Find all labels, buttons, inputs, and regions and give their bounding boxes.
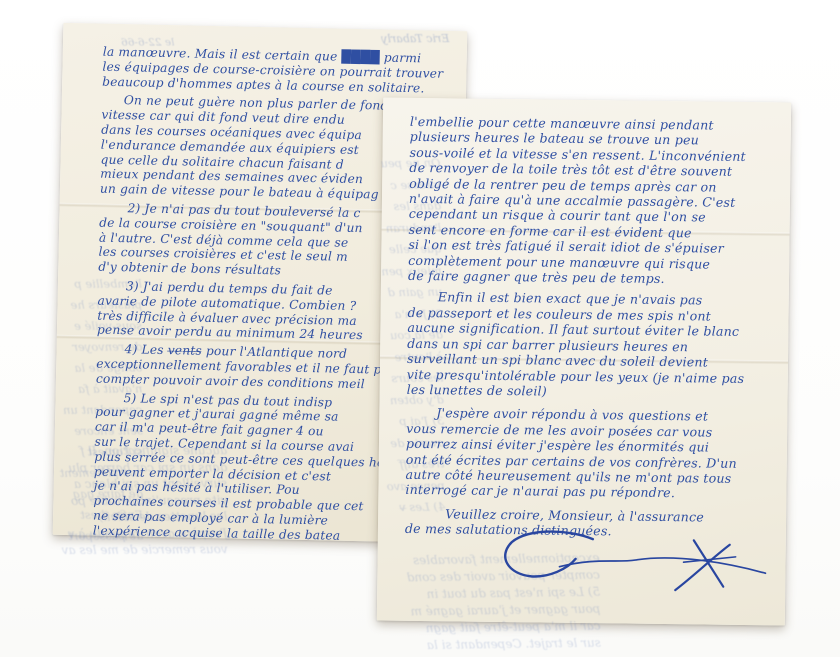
letter-page-2: On ne peuvitesse cdans les l'enduranque … — [377, 98, 791, 626]
bleedthrough-line: vous remercie de me les av — [62, 541, 228, 558]
handwritten-text-right: l'embellie pour cette manœuvre ainsi pen… — [405, 114, 747, 541]
bleedthrough-name: Eric Tabarly — [381, 32, 449, 45]
photo-background: Eric Tabarly le 22-6-66 l'embellie pplus… — [0, 0, 840, 657]
bleedthrough-line: sur le trajet. Cependant si la — [408, 635, 601, 655]
bleedthrough-line: car il m'a peut-être fait gagn — [407, 618, 600, 638]
signature-flourish — [497, 525, 778, 600]
bleedthrough-line: pour gagner et j'aurai gagné m — [407, 601, 600, 621]
